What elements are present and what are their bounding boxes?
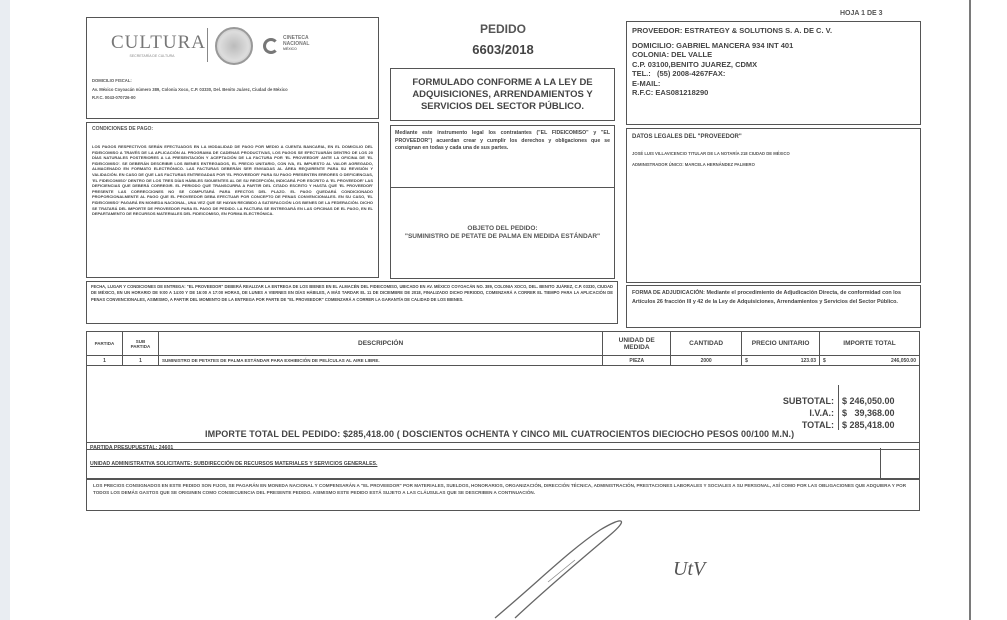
cultura-logo: CULTURA (111, 32, 206, 54)
logos: CULTURA SECRETARÍA DE CULTURA CINETECA N… (97, 24, 367, 64)
requesting-unit: UNIDAD ADMINISTRATIVA SOLICITANTE: SUBDI… (90, 461, 377, 467)
supplier-box: PROVEEDOR: ESTRATEGY & SOLUTIONS S. A. D… (626, 21, 921, 125)
budget-divider (880, 448, 881, 478)
institution-header: CULTURA SECRETARÍA DE CULTURA CINETECA N… (86, 17, 379, 119)
supplier-name: PROVEEDOR: ESTRATEGY & SOLUTIONS S. A. D… (632, 26, 915, 36)
order-total-in-words: IMPORTE TOTAL DEL PEDIDO: $285,418.00 ( … (205, 429, 794, 439)
cell-sub-partida: 1 (122, 356, 158, 366)
col-partida: PARTIDA (87, 332, 123, 356)
supplier-email: E-MAIL: (632, 79, 915, 89)
col-cantidad: CANTIDAD (671, 332, 742, 356)
award-method-text: FORMA DE ADJUDICACIÓN: Mediante el proce… (632, 290, 901, 305)
cultura-logo-subtitle: SECRETARÍA DE CULTURA (117, 54, 187, 58)
delivery-conditions-box: FECHA, LUGAR Y CONDICIONES DE ENTREGA: "… (86, 281, 618, 324)
pedido-number: 6603/2018 (388, 42, 618, 57)
payment-conditions-box: CONDICIONES DE PAGO: LOS PAGOS RESPECTIV… (86, 122, 379, 278)
payment-conditions-text: LOS PAGOS RESPECTIVOS SERÁN EFECTUADOS E… (92, 144, 373, 217)
agreement-statement: Mediante este instrumento legal los cont… (390, 125, 615, 188)
fiscal-info: DOMICILIO FISCAL: Av. México Coyoacán nú… (92, 78, 372, 101)
initials-signature: UtV (673, 558, 705, 581)
order-object-title: OBJETO DEL PEDIDO: (467, 225, 537, 234)
col-precio: PRECIO UNITARIO (742, 332, 820, 356)
subtotal-label: SUBTOTAL: (714, 396, 834, 406)
items-table: PARTIDA SUB PARTIDA DESCRIPCIÓN UNIDAD D… (86, 331, 920, 366)
supplier-legal-data-box: DATOS LEGALES DEL "PROVEEDOR" JOSÉ LUIS … (626, 128, 921, 283)
iva-label: I.V.A.: (714, 408, 834, 418)
cell-unidad: PIEZA (603, 356, 671, 366)
scan-left-margin (0, 0, 10, 620)
delivery-conditions-text: FECHA, LUGAR Y CONDICIONES DE ENTREGA: "… (91, 284, 613, 303)
order-object-text: "SUMINISTRO DE PETATE DE PALMA EN MEDIDA… (405, 233, 600, 242)
legal-basis-box: FORMULADO CONFORME A LA LEY DE ADQUISICI… (390, 68, 615, 121)
col-unidad: UNIDAD DE MEDIDA (603, 332, 671, 356)
logo-divider (207, 28, 208, 62)
table-row: 1 1 SUMINISTRO DE PETATES DE PALMA ESTÁN… (87, 356, 920, 366)
page-edge-line (969, 0, 971, 620)
col-importe: IMPORTE TOTAL (820, 332, 920, 356)
supplier-colonia: COLONIA: DEL VALLE (632, 50, 915, 60)
supplier-phone: TEL.: (55) 2008-4267FAX: (632, 69, 915, 79)
supplier-legal-data-title: DATOS LEGALES DEL "PROVEEDOR" (632, 133, 915, 141)
col-descripcion: DESCRIPCIÓN (158, 332, 602, 356)
page-counter: HOJA 1 DE 3 (840, 10, 883, 17)
budget-box: PARTIDA PRESUPUESTAL: 24601 UNIDAD ADMIN… (86, 442, 920, 480)
legal-basis-text: FORMULADO CONFORME A LA LEY DE ADQUISICI… (397, 77, 608, 113)
subtotal-value: $ 246,050.00 (842, 396, 895, 406)
notary-info: JOSÉ LUIS VILLAVICENCIO TITULAR DE LA NO… (632, 151, 915, 156)
supplier-cp: C.P. 03100,BENITO JUAREZ, CDMX (632, 60, 915, 70)
cell-cantidad: 2000 (671, 356, 742, 366)
totals-divider (838, 385, 839, 430)
rfc-fiscal: R.F.C. 0043-070726-00 (92, 95, 372, 101)
payment-conditions-title: CONDICIONES DE PAGO: (92, 126, 373, 132)
pedido-title: PEDIDO (388, 22, 618, 36)
supplier-rfc: R.F.C: EAS081218290 (632, 88, 915, 98)
items-header-row: PARTIDA SUB PARTIDA DESCRIPCIÓN UNIDAD D… (87, 332, 920, 356)
budget-line: PARTIDA PRESUPUESTAL: 24601 (90, 445, 173, 451)
cell-partida: 1 (87, 356, 123, 366)
domicilio-fiscal-label: DOMICILIO FISCAL: (92, 78, 372, 84)
agreement-text: Mediante este instrumento legal los cont… (395, 130, 610, 151)
total-value: $ 285,418.00 (842, 420, 895, 430)
iva-value: $ 39,368.00 (842, 408, 895, 418)
award-method-box: FORMA DE ADJUDICACIÓN: Mediante el proce… (626, 285, 921, 328)
cell-precio: $123.03 (742, 356, 820, 366)
domicilio-fiscal: Av. México Coyoacán número 389, Colonia … (92, 87, 372, 93)
order-object-box: OBJETO DEL PEDIDO: "SUMINISTRO DE PETATE… (390, 187, 615, 279)
cell-importe: $246,050.00 (820, 356, 920, 366)
supplier-address: DOMICILIO: GABRIEL MANCERA 934 INT 401 (632, 41, 915, 51)
price-terms-text: LOS PRECIOS CONSIGNADOS EN ESTE PEDIDO S… (93, 483, 906, 495)
administrator-info: ADMINISTRADOR ÚNICO: MARCELA HERNÁNDEZ P… (632, 162, 915, 167)
national-seal-icon (215, 27, 253, 65)
col-sub-partida: SUB PARTIDA (122, 332, 158, 356)
cineteca-logo-icon (263, 38, 279, 54)
cell-descripcion: SUMINISTRO DE PETATES DE PALMA ESTÁNDAR … (158, 356, 602, 366)
price-terms-box: LOS PRECIOS CONSIGNADOS EN ESTE PEDIDO S… (86, 478, 920, 511)
cineteca-logo-text: CINETECA NACIONAL MÉXICO (283, 36, 309, 53)
